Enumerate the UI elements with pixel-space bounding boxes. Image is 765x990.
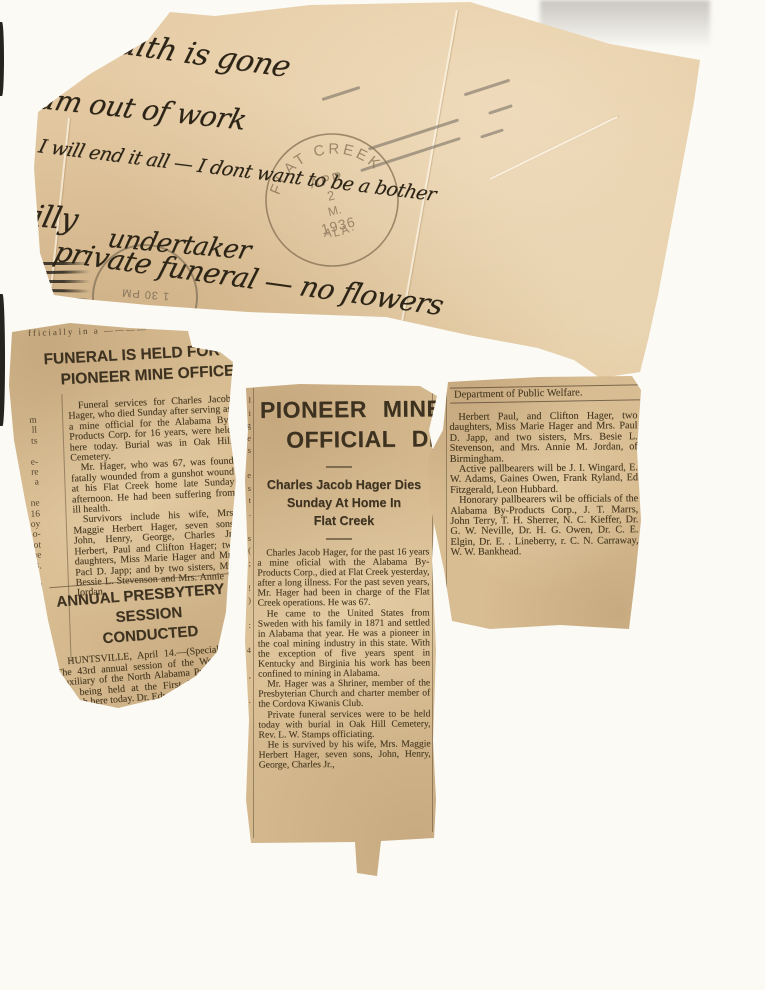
article-paragraph: Mr. Hager, who was 67, was found fatally… [70,457,235,516]
stray-printed-letter: t [18,662,23,679]
separator-rule [326,466,352,468]
clipping-funeral-is-held: fficially in a ———— FUNERAL IS HELD FOR … [6,318,240,714]
envelope-crease [399,10,458,331]
subhead-charles-jacob-hager-dies: Charles Jacob Hager Dies Sunday At Home … [256,476,432,530]
subhead-annual-presbytery: ANNUAL PRESBYTERY SESSION CONDUCTED [50,579,234,653]
clipping-pallbearers: Department of Public Welfare. Herbert Pa… [424,374,644,634]
adjacent-column-fragments: m ll ts e- re a ne 16 oy o- ot ne B. ad … [9,416,44,615]
article-paragraph: He is survived by his wife, Mrs. Maggie … [259,739,431,770]
article-paragraph: Active pallbearers will be J. I. Wingard… [450,463,638,496]
cancel-wave [2,298,90,301]
article-body: Funeral services for Charles Jacob Hager… [68,395,239,600]
article-paragraph: Herbert Paul, and Clifton Hager, two dau… [449,411,637,465]
headline-line1: PIONEER MINE [260,395,443,423]
cancel-wave [2,288,90,292]
cancel-wave [2,280,90,283]
envelope-crease [490,116,619,180]
torn-text-fragment: fficially in a ———— [28,324,148,338]
headline-funeral-is-held: FUNERAL IS HELD FOR PIONEER MINE OFFICER [43,339,246,391]
subhead-line1: Charles Jacob Hager Dies [256,476,432,494]
column-rule [253,388,254,838]
article-paragraph: He came to the United States from Sweden… [258,608,430,680]
adjacent-column-fragments: l i g e s e s t . s ( ; ! ) : 4 , . [240,394,251,707]
column-rule [446,384,447,619]
cancel-wave [2,306,90,310]
subhead-line2: Sunday At Home In [256,494,432,512]
scan-edge-artifact [0,22,4,96]
cancel-bar [480,128,504,138]
cancel-bar [488,104,513,115]
handwriting-line: I am out of work [17,80,250,136]
cancel-bar [464,79,511,97]
article-paragraph: Funeral services for Charles Jacob Hager… [68,395,234,464]
article-paragraph: Honorary pallbearers wil be officials of… [450,494,639,558]
subhead-line3: Flat Creek [256,512,432,530]
section-header-public-welfare: Department of Public Welfare. [450,384,640,403]
article-paragraph: Mr. Hager was a Shriner, member of the P… [258,679,430,710]
scan-edge-artifact [0,294,5,426]
second-article: ANNUAL PRESBYTERY SESSION CONDUCTED HUNT… [49,573,238,711]
clipping-pioneer-mine-official-dead: l i g e s e s t . s ( ; ! ) : 4 , . PION… [238,382,440,880]
handwriting-line: my health is gone [26,14,294,84]
cancel-bar [322,86,361,101]
article-body: Herbert Paul, and Clifton Hager, two dau… [449,411,638,558]
article-paragraph: Charles Jacob Hager, for the past 16 yea… [257,547,429,609]
article-paragraph: Private funeral services were to be held… [258,709,430,740]
handwriting-line: Billy [8,197,81,237]
cancel-wave [2,316,62,319]
separator-rule [326,538,352,540]
article-paragraph: HUNTSVILLE, April 14.—(Special.)—The 43r… [55,644,239,711]
article-body: Charles Jacob Hager, for the past 16 yea… [257,547,431,770]
scanned-document-page: FLAT CREEK APR 2 M. 1936 ALA. 1936 1 30 … [0,0,765,990]
